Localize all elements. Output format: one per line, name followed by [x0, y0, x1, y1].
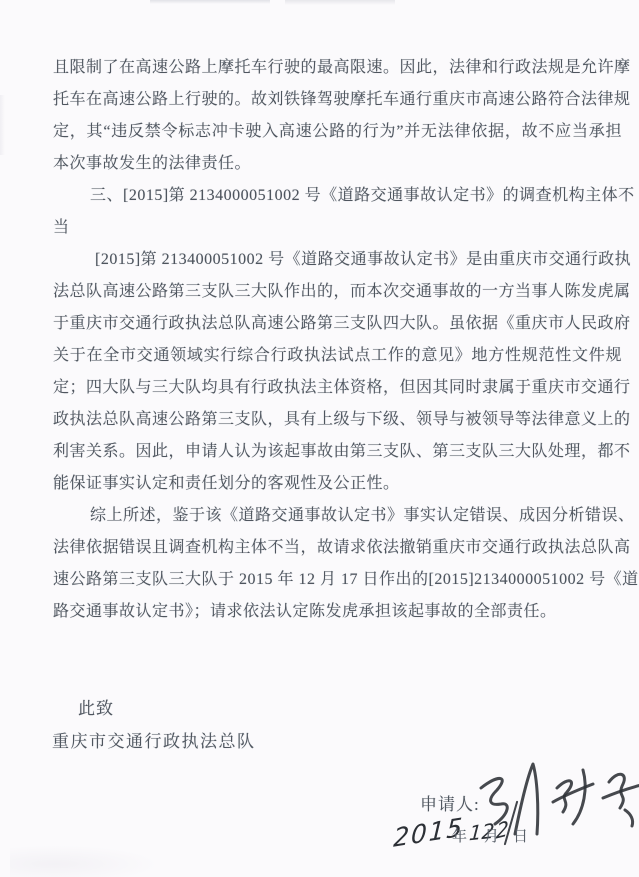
scan-artifact-left [0, 95, 5, 155]
body-line: 速公路第三支队三大队于 2015 年 12 月 17 日作出的[2015]213… [53, 564, 622, 596]
body-line: 路交通事故认定书》；请求依法认定陈发虎承担该起事故的全部责任。 [53, 596, 622, 628]
body-line: 于重庆市交通行政执法总队高速公路第三支队四大队。虽依据《重庆市人民政府 [53, 308, 622, 340]
document-body: 且限制了在高速公路上摩托车行驶的最高限速。因此，法律和行政法规是允许摩 托车在高… [53, 52, 622, 628]
body-line: 法律依据错误且调查机构主体不当，故请求依法撤销重庆市交通行政执法总队高 [53, 532, 622, 564]
body-line: 定；四大队与三大队均具有行政执法主体资格，但因其同时隶属于重庆市交通行 [53, 372, 622, 404]
body-line: 利害关系。因此，申请人认为该起事故由第三支队、第三支队三大队处理，都不 [53, 436, 622, 468]
scan-artifact-bottom [10, 845, 160, 877]
section-heading-line: 三、[2015]第 2134000051002 号《道路交通事故认定书》的调查机… [53, 180, 622, 212]
body-line: 且限制了在高速公路上摩托车行驶的最高限速。因此，法律和行政法规是允许摩 [53, 52, 622, 84]
scan-artifact-top [150, 0, 270, 4]
body-line: 本次事故发生的法律责任。 [53, 148, 622, 180]
body-line: [2015]第 213400051002 号《道路交通事故认定书》是由重庆市交通… [53, 244, 622, 276]
body-line: 能保证事实认定和责任划分的客观性及公正性。 [53, 468, 622, 500]
handwritten-date-line: 2015 年 12 月 2 日 [393, 814, 639, 854]
section-heading-line: 当 [53, 212, 622, 244]
body-line: 综上所述，鉴于该《道路交通事故认定书》事实认定错误、成因分析错误、 [53, 500, 622, 532]
body-line: 政执法总队高速公路第三支队，具有上级与下级、领导与被领导等法律意义上的 [53, 404, 622, 436]
body-line: 法总队高速公路第三支队三大队作出的，而本次交通事故的一方当事人陈发虎属 [53, 276, 622, 308]
body-line: 定，其“违反禁令标志冲卡驶入高速公路的行为”并无法律依据，故不应当承担 [53, 116, 622, 148]
closing-salute: 此致 [78, 694, 114, 719]
closing-recipient: 重庆市交通行政执法总队 [52, 727, 256, 752]
year-label: 年 [452, 825, 467, 846]
scanned-document-page: 且限制了在高速公路上摩托车行驶的最高限速。因此，法律和行政法规是允许摩 托车在高… [0, 0, 639, 877]
scan-artifact-top [285, 0, 395, 5]
day-label: 日 [513, 825, 528, 846]
body-line: 关于在全市交通领域实行综合行政执法试点工作的意见》地方性规范性文件规 [53, 340, 622, 372]
body-line: 托车在高速公路上行驶的。故刘铁锋驾驶摩托车通行重庆市高速公路符合法律规 [53, 84, 622, 116]
